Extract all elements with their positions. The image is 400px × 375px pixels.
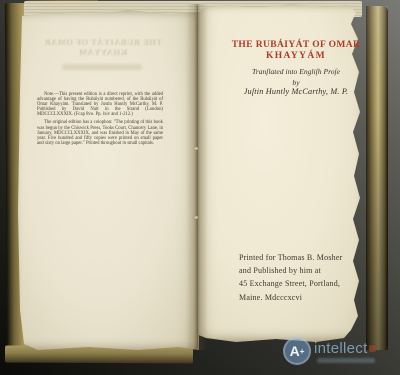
watermark-brand-text: intellect (314, 340, 368, 357)
imprint-line1: Printed for Thomas B. Mosher (239, 251, 369, 264)
publisher-imprint: Printed for Thomas B. Mosher and Publish… (239, 251, 369, 304)
open-book-photo: THE RUBÁIYÁT OF OMAR KHAYYÁM Note.—This … (0, 0, 400, 375)
subtitle: Tranſlated into Engliſh Proſe (226, 67, 366, 76)
show-through-line1: THE RUBÁIYÁT OF OMAR (36, 37, 170, 47)
imprint-line2: and Published by him at (239, 264, 369, 277)
watermark-logo-icon: A+ (283, 337, 311, 365)
note-paragraph-2: The original edition has a colophon: "Th… (37, 120, 163, 145)
book-title: THE RUBÁIYÁT OF OMAR KHAYYÁM (226, 40, 366, 61)
show-through-subtitle-smudge (62, 64, 142, 70)
imprint-line3: 45 Exchange Street, Portland, (239, 277, 369, 290)
subtitle-by: by (226, 78, 366, 87)
show-through-title: THE RUBÁIYÁT OF OMAR KHAYYÁM (36, 37, 170, 57)
bottom-cover-board (5, 346, 193, 364)
imprint-line4: Maine. Mdcccxcvi (239, 291, 369, 304)
book-title-line1: THE RUBÁIYÁT OF OMAR (226, 40, 366, 50)
show-through-line2: KHAYYÁM (36, 47, 170, 57)
right-cover-board (366, 6, 388, 350)
watermark-logo-plus: + (300, 347, 305, 356)
watermark-glyph-icon (369, 345, 376, 352)
binding-stitch (194, 216, 198, 219)
gutter-crease (197, 6, 198, 348)
left-page (18, 10, 199, 350)
watermark-subtext (317, 358, 375, 363)
translator-name: Juſtin Huntly McCarthy, M. P. (226, 87, 366, 96)
limitation-note: Note.—This present edition is a direct r… (37, 92, 163, 149)
book-title-line2: KHAYYÁM (226, 51, 366, 61)
watermark-logo-letter: A (290, 343, 300, 359)
binding-stitch (194, 147, 198, 150)
note-paragraph-1: Note.—This present edition is a direct r… (37, 92, 163, 117)
